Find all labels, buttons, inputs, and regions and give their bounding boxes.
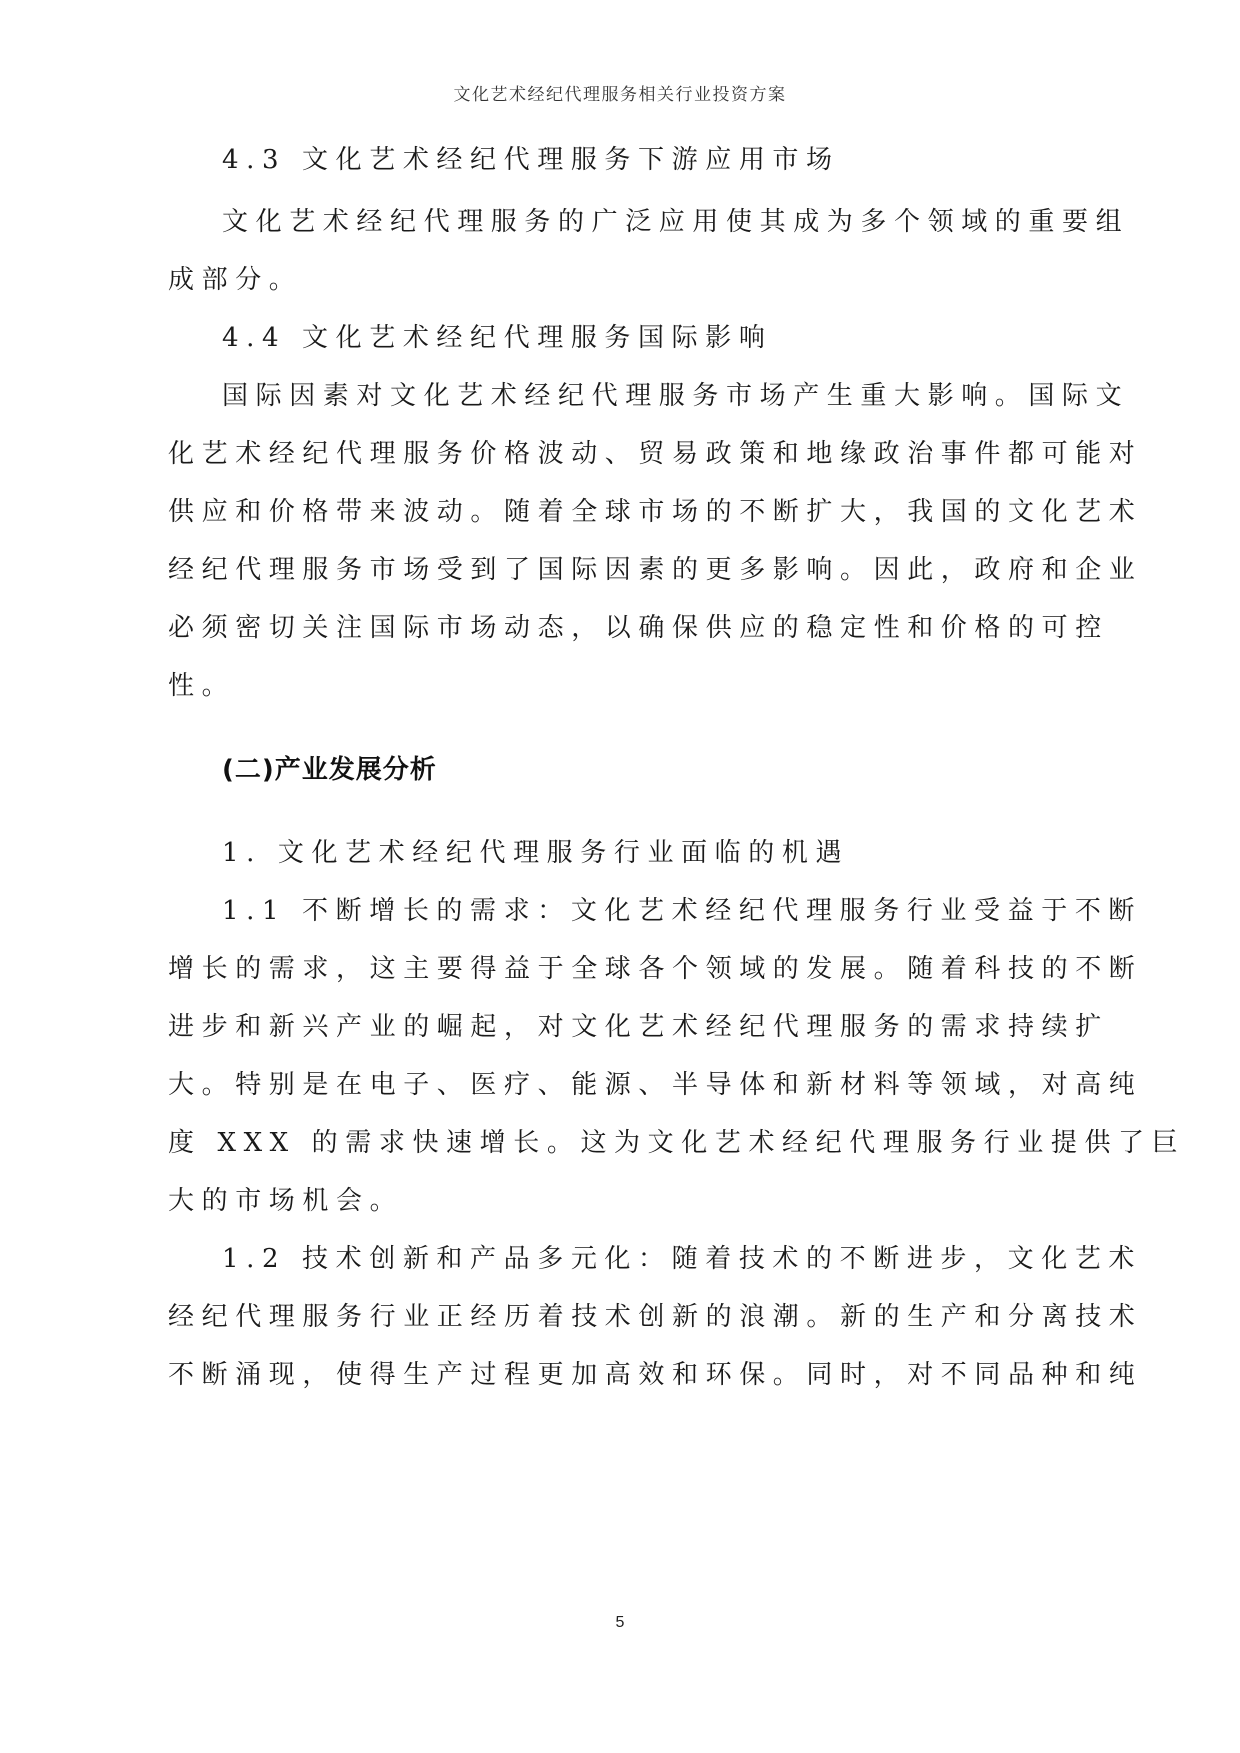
paragraph-line: 进步和新兴产业的崛起，对文化艺术经纪代理服务的需求持续扩 <box>168 1007 1109 1047</box>
paragraph-line: 性。 <box>168 666 235 706</box>
subsection-heading-opportunities: 1. 文化艺术经纪代理服务行业面临的机遇 <box>222 833 849 873</box>
paragraph-line: 1.2 技术创新和产品多元化：随着技术的不断进步，文化艺术 <box>222 1239 1142 1279</box>
section-heading-industry-analysis: (二)产业发展分析 <box>222 750 437 790</box>
subsection-heading-4-3: 4.3 文化艺术经纪代理服务下游应用市场 <box>222 140 840 180</box>
paragraph-line: 度 XXX 的需求快速增长。这为文化艺术经纪代理服务行业提供了巨 <box>168 1123 1185 1163</box>
paragraph-line: 经纪代理服务市场受到了国际因素的更多影响。因此，政府和企业 <box>168 550 1142 590</box>
paragraph-line: 经纪代理服务行业正经历着技术创新的浪潮。新的生产和分离技术 <box>168 1297 1142 1337</box>
paragraph-line: 国际因素对文化艺术经纪代理服务市场产生重大影响。国际文 <box>222 376 1129 416</box>
subsection-heading-4-4: 4.4 文化艺术经纪代理服务国际影响 <box>222 318 772 358</box>
paragraph-line: 化艺术经纪代理服务价格波动、贸易政策和地缘政治事件都可能对 <box>168 434 1142 474</box>
paragraph-line: 增长的需求，这主要得益于全球各个领域的发展。随着科技的不断 <box>168 949 1142 989</box>
paragraph-line: 不断涌现，使得生产过程更加高效和环保。同时，对不同品种和纯 <box>168 1355 1142 1395</box>
page-number: 5 <box>0 1614 1240 1632</box>
paragraph-line: 1.1 不断增长的需求：文化艺术经纪代理服务行业受益于不断 <box>222 891 1142 931</box>
paragraph-line: 大。特别是在电子、医疗、能源、半导体和新材料等领域，对高纯 <box>168 1065 1142 1105</box>
paragraph-line: 供应和价格带来波动。随着全球市场的不断扩大，我国的文化艺术 <box>168 492 1142 532</box>
paragraph-line: 必须密切关注国际市场动态，以确保供应的稳定性和价格的可控 <box>168 608 1109 648</box>
paragraph-line: 成部分。 <box>168 260 302 300</box>
paragraph-line: 大的市场机会。 <box>168 1181 403 1221</box>
page-header-title: 文化艺术经纪代理服务相关行业投资方案 <box>0 80 1240 105</box>
paragraph-line: 文化艺术经纪代理服务的广泛应用使其成为多个领域的重要组 <box>222 202 1129 242</box>
